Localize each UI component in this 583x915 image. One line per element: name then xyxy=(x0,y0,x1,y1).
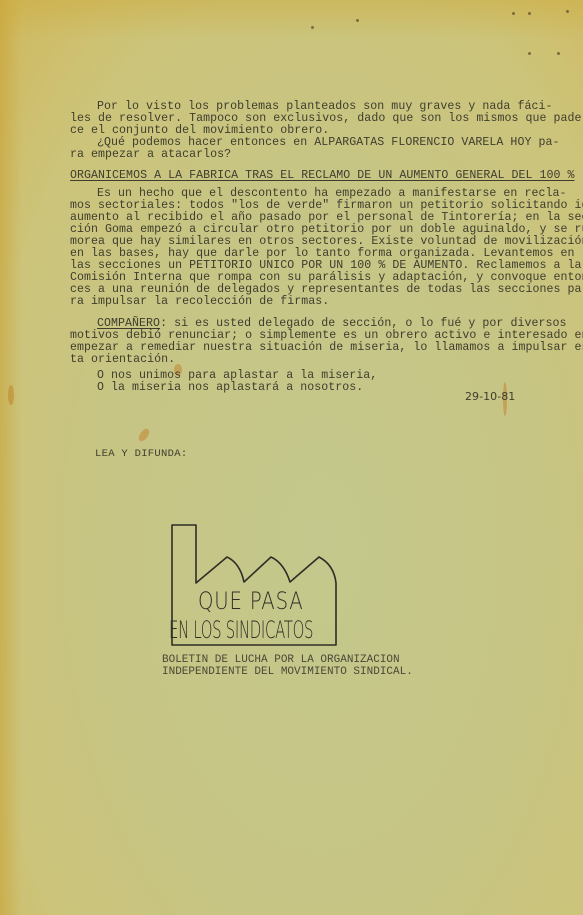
subtitle-line: INDEPENDIENTE DEL MOVIMIENTO SINDICAL. xyxy=(162,666,413,678)
paper-stain xyxy=(137,427,152,443)
paper-speck xyxy=(566,10,569,13)
logo-title-line2: EN LOS SINDICATOS xyxy=(169,616,313,644)
paper-speck xyxy=(512,12,515,15)
paper-speck xyxy=(557,52,560,55)
document-date: 29-10-81 xyxy=(465,391,515,403)
paper-aging-top xyxy=(0,0,583,40)
text-line: ra impulsar la recolección de firmas. xyxy=(70,296,329,308)
slogan-line: O la miseria nos aplastará a nosotros. xyxy=(97,382,363,394)
paper-speck xyxy=(311,26,314,29)
text-line: ta orientación. xyxy=(70,354,175,366)
paper-stain xyxy=(8,385,14,405)
subtitle-line: BOLETIN DE LUCHA POR LA ORGANIZACION xyxy=(162,654,400,666)
logo-que-pasa-en-los-sindicatos: QUE PASA EN LOS SINDICATOS xyxy=(160,515,360,655)
section-heading: ORGANICEMOS A LA FABRICA TRAS EL RECLAMO… xyxy=(70,170,575,182)
text-line: ra empezar a atacarlos? xyxy=(70,149,231,161)
paper-aging-edge xyxy=(0,0,22,915)
document-page: Por lo visto los problemas planteados so… xyxy=(0,0,583,915)
paper-speck xyxy=(528,52,531,55)
paper-speck xyxy=(528,12,531,15)
paper-speck xyxy=(356,19,359,22)
footer-call: LEA Y DIFUNDA: xyxy=(95,448,187,460)
logo-title-line1: QUE PASA xyxy=(198,587,304,615)
